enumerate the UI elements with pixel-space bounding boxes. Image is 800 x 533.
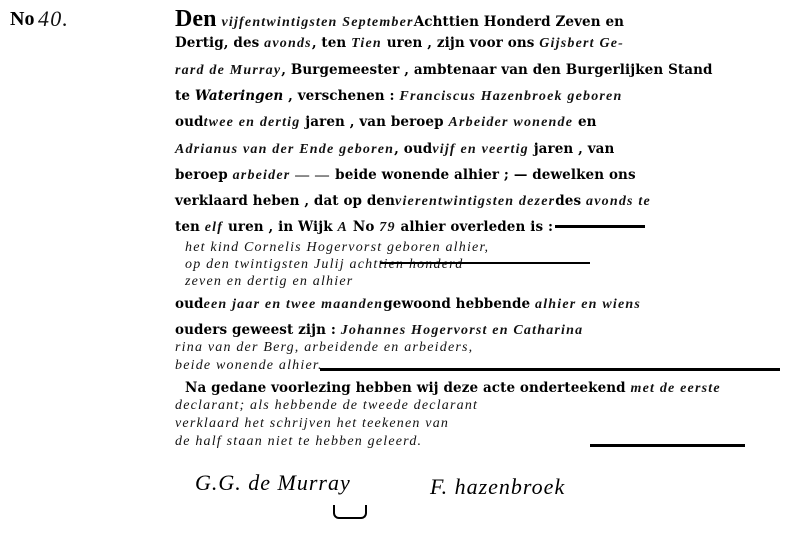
drop-cap: Den	[175, 6, 217, 32]
printed-text: alhier overleden is :	[400, 219, 553, 235]
line-6: Adrianus van der Ende geboren, oudvijf e…	[175, 141, 614, 158]
printed-text: jaren , van beroep	[305, 114, 443, 130]
line-4: te Wateringen , verschenen : Franciscus …	[175, 88, 622, 105]
line-17: Na gedane voorlezing hebben wij deze act…	[185, 380, 721, 397]
ward-handwritten: A	[338, 220, 349, 235]
printed-text: , verschenen :	[288, 88, 394, 104]
hour-handwritten: Tien	[351, 36, 382, 51]
deceased-line-2: op den twintigsten Julij achttien honder…	[185, 257, 463, 273]
handwritten-text: en wiens	[581, 297, 641, 312]
parents-line-2: rina van der Berg, arbeidende en arbeide…	[175, 340, 473, 356]
line-5: oudtwee en dertig jaren , van beroep Arb…	[175, 114, 597, 131]
record-number: 40.	[38, 6, 69, 32]
divider-rule	[320, 368, 780, 371]
divider-rule	[380, 262, 590, 264]
divider-rule	[555, 225, 645, 228]
official-name-handwritten: Gijsbert Ge-	[539, 36, 624, 51]
printed-text: beroep	[175, 167, 228, 183]
death-hour-handwritten: elf	[205, 220, 223, 235]
house-number-handwritten: 79	[379, 220, 395, 235]
declarant-2-name-handwritten: Adrianus van der Ende geboren	[175, 142, 394, 157]
handwritten-text: wonende	[513, 115, 573, 130]
signature-left: G.G. de Murray	[195, 470, 351, 496]
closing-line-2: declarant; als hebbende de tweede declar…	[175, 398, 478, 414]
time-of-day-handwritten: avonds	[264, 36, 312, 51]
line-1: Den vijfentwintigsten SeptemberAchttien …	[175, 6, 624, 33]
printed-text: uren , in Wijk	[228, 219, 333, 235]
divider-rule	[590, 444, 745, 447]
printed-text: Dertig, des	[175, 35, 259, 51]
line-14: ouders geweest zijn : Johannes Hogervors…	[175, 322, 583, 339]
death-date-handwritten: vierentwintigsten dezer	[395, 194, 555, 209]
printed-text: beide wonende alhier ; — dewelken ons	[335, 167, 636, 183]
printed-text: , Burgemeester , ambtenaar van den Burge…	[281, 62, 712, 78]
year-printed: Achttien Honderd Zeven en	[414, 14, 624, 30]
printed-text: oud	[175, 296, 204, 312]
seal-mark	[333, 505, 367, 519]
place-name: Wateringen	[195, 88, 283, 104]
closing-line-3: verklaard het schrijven het teekenen van	[175, 416, 449, 432]
line-8: verklaard heben , dat op denvierentwinti…	[175, 193, 651, 210]
handwritten-text: met de eerste	[631, 381, 721, 396]
official-name-handwritten: rard de Murray	[175, 63, 281, 78]
declarant-1-name-handwritten: Franciscus Hazenbroek geboren	[399, 89, 622, 104]
printed-text: , oud	[394, 141, 432, 157]
signature-right: F. hazenbroek	[430, 474, 565, 500]
death-time-of-day-handwritten: avonds te	[586, 194, 651, 209]
line-9: ten elf uren , in Wijk A No 79 alhier ov…	[175, 219, 553, 236]
declarant-1-age-handwritten: twee en dertig	[204, 115, 301, 130]
printed-text: te	[175, 88, 190, 104]
line-13: oudeen jaar en twee maandengewoond hebbe…	[175, 296, 641, 313]
printed-text: uren , zijn voor ons	[387, 35, 535, 51]
parents-line-3: beide wonende alhier.	[175, 358, 323, 374]
printed-text: ten	[175, 219, 200, 235]
residence-handwritten: alhier	[535, 297, 576, 312]
printed-text: ouders geweest zijn :	[175, 322, 336, 338]
closing-line-4: de half staan niet te hebben geleerd.	[175, 434, 422, 450]
date-handwritten: vijfentwintigsten September	[221, 15, 413, 30]
printed-text: , ten	[312, 35, 347, 51]
handwritten-dashes: — —	[295, 168, 330, 183]
declarant-2-occupation-handwritten: arbeider	[233, 168, 291, 183]
printed-text: jaren , van	[534, 141, 615, 157]
printed-text: No	[353, 219, 375, 235]
line-7: beroep arbeider — — beide wonende alhier…	[175, 167, 636, 184]
deceased-age-handwritten: een jaar en twee maanden	[204, 297, 384, 312]
declarant-1-occupation-handwritten: Arbeider	[448, 115, 508, 130]
printed-text: verklaard heben , dat op den	[175, 193, 395, 209]
printed-text: en	[578, 114, 597, 130]
deceased-line-3: zeven en dertig en alhier	[185, 274, 353, 290]
parents-handwritten: Johannes Hogervorst en Catharina	[341, 323, 584, 338]
line-3: rard de Murray, Burgemeester , ambtenaar…	[175, 62, 713, 79]
printed-text: Na gedane voorlezing hebben wij deze act…	[185, 380, 626, 396]
record-number-label: No	[10, 8, 34, 31]
printed-text: des	[555, 193, 581, 209]
line-2: Dertig, des avonds, ten Tien uren , zijn…	[175, 35, 624, 52]
printed-text: gewoond hebbende	[383, 296, 530, 312]
declarant-2-age-handwritten: vijf en veertig	[432, 142, 529, 157]
deceased-line-1: het kind Cornelis Hogervorst geboren alh…	[185, 240, 489, 256]
printed-text: oud	[175, 114, 204, 130]
